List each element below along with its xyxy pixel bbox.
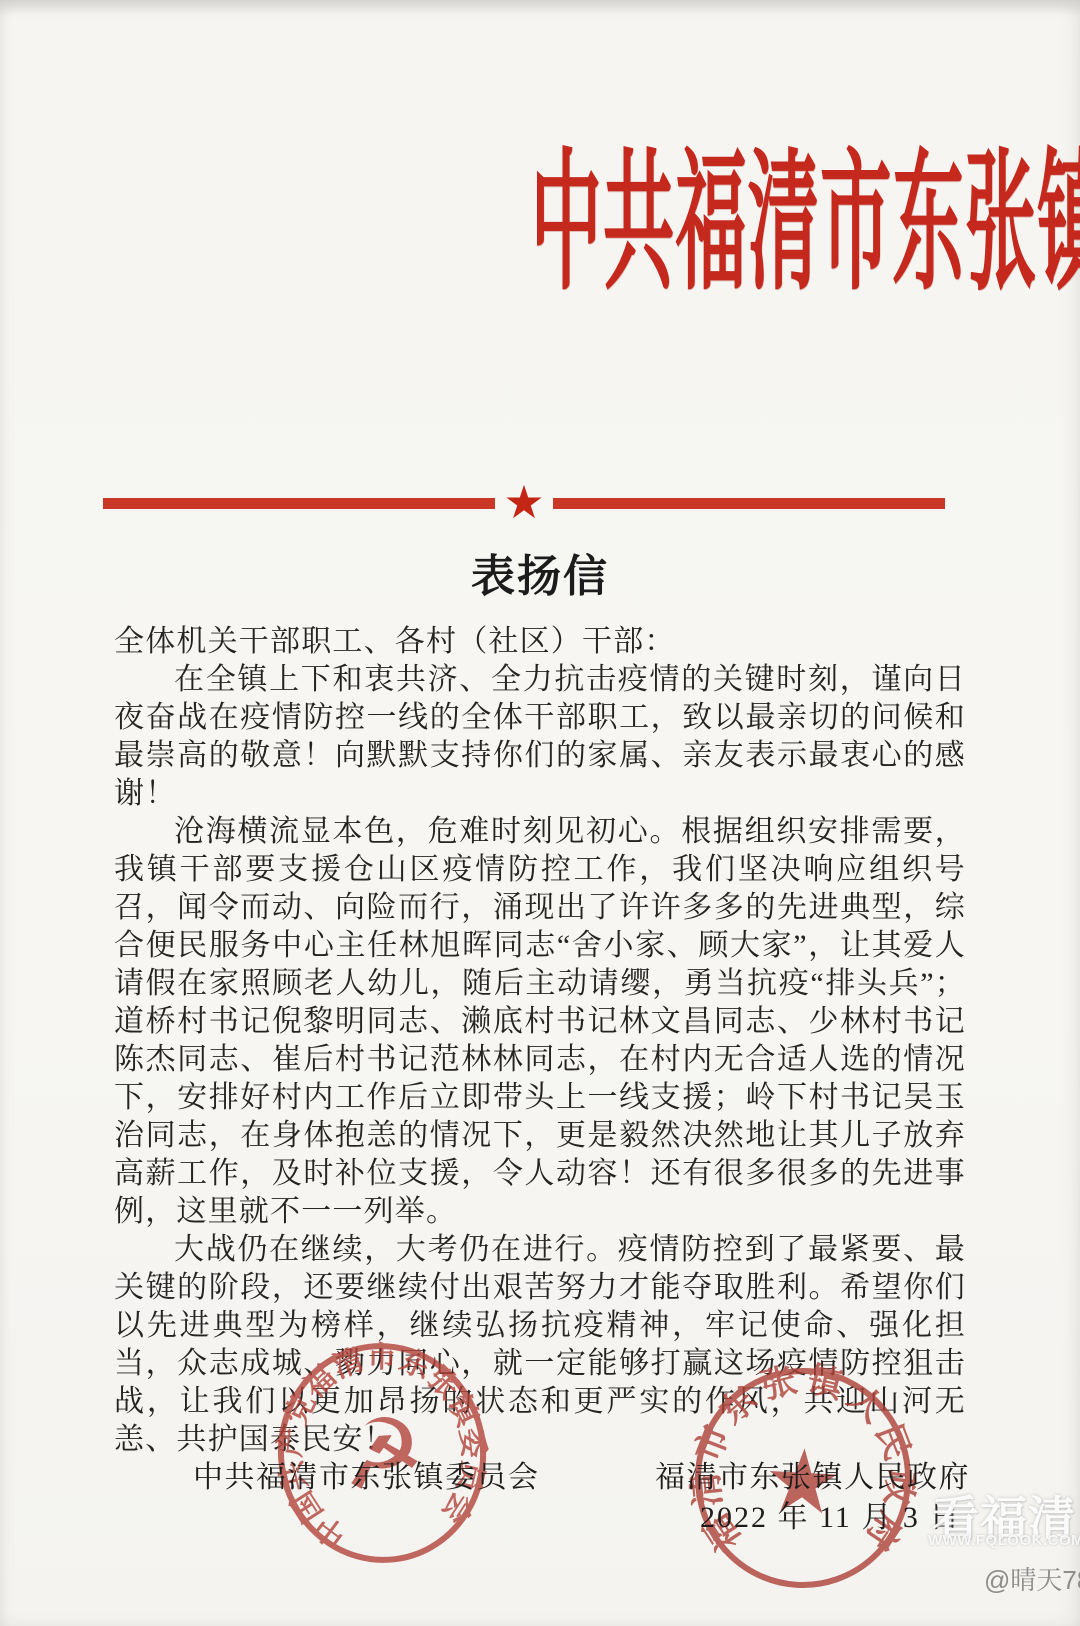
salutation-line: 全体机关干部职工、各村（社区）干部：	[114, 623, 966, 661]
watermark-author: @晴天780	[984, 1560, 1080, 1597]
rule-right-segment	[553, 498, 945, 509]
signature-date: 2022 年 11 月 3 日	[700, 1492, 961, 1536]
letter-body: 全体机关干部职工、各村（社区）干部： 在全镇上下和衷共济、全力抗击疫情的关键时刻…	[114, 623, 966, 1459]
header-rule: ★	[103, 479, 945, 527]
signature-government: 福清市东张镇人民政府	[655, 1452, 970, 1496]
letterhead-title: 中共福清市东张镇委员会文件	[531, 142, 1080, 306]
document-page: 中共福清市东张镇委员会文件 ★ 表扬信 全体机关干部职工、各村（社区）干部： 在…	[0, 0, 1080, 1626]
doc-letterhead: 中共福清市东张镇委员会文件	[0, 142, 1080, 306]
watermark-site-url: WWW.FQLOOK.COM	[928, 1532, 1080, 1549]
star-icon: ★	[503, 479, 544, 525]
rule-left-segment	[103, 498, 495, 509]
letter-title: 表扬信	[0, 540, 1080, 604]
body-paragraph: 在全镇上下和衷共济、全力抗击疫情的关键时刻，谨向日夜奋战在疫情防控一线的全体干部…	[114, 661, 966, 813]
signature-committee: 中共福清市东张镇委员会	[193, 1452, 540, 1496]
body-paragraph: 沧海横流显本色，危难时刻见初心。根据组织安排需要，我镇干部要支援仓山区疫情防控工…	[114, 813, 966, 1231]
